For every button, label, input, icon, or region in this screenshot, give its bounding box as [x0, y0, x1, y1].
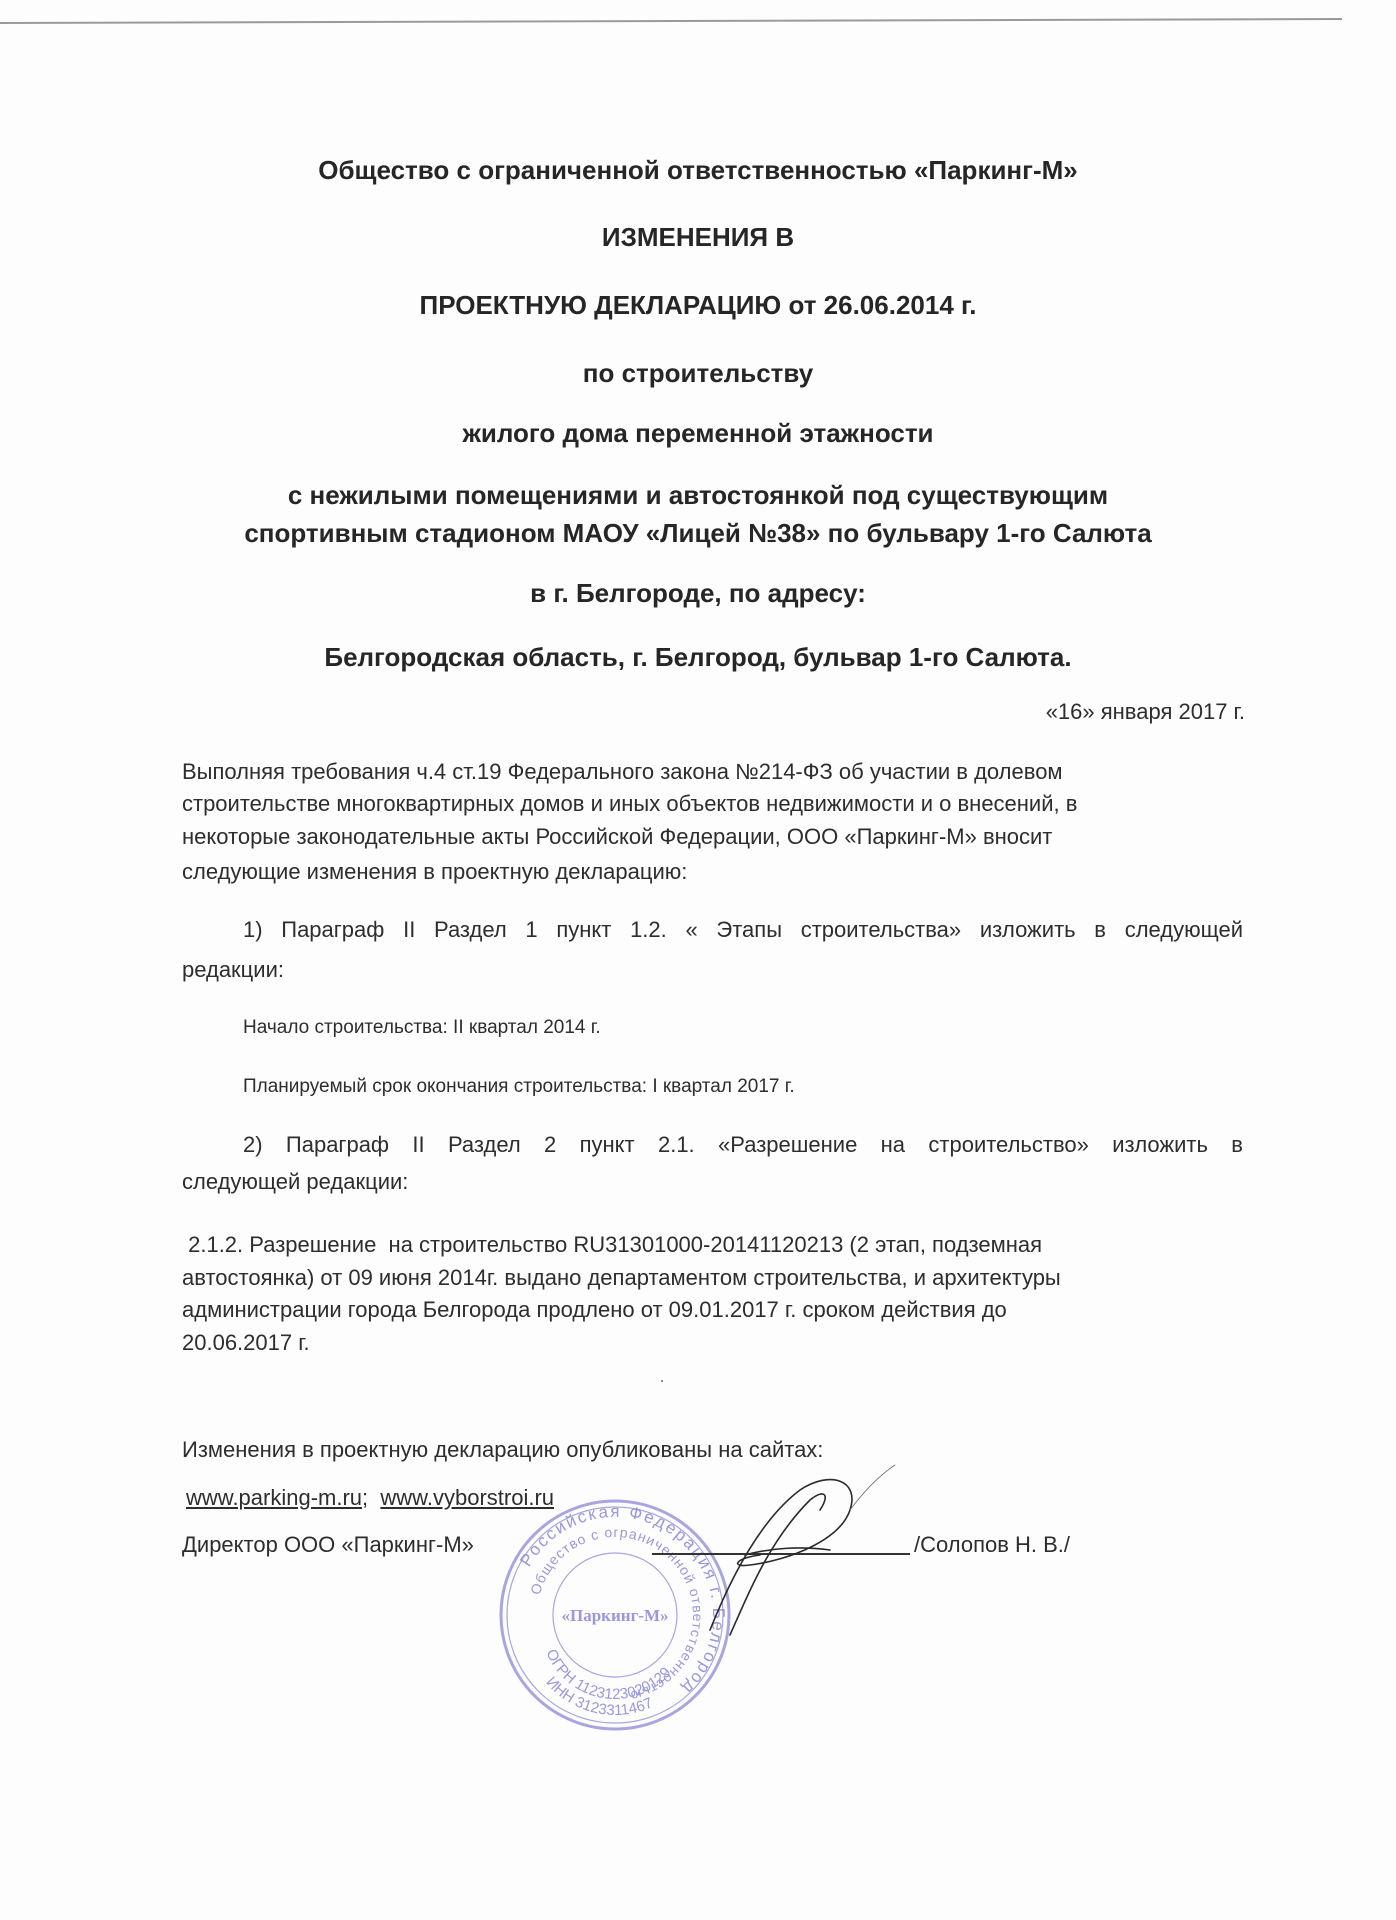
item-2-heading: 2) Параграф II Раздел 2 пункт 2.1. «Разр… — [243, 1134, 1243, 1156]
object-address: Белгородская область, г. Белгород, бульв… — [0, 644, 1396, 670]
construction-end: Планируемый срок окончания строительства… — [243, 1077, 795, 1096]
intro-line-1: Выполняя требования ч.4 ст.19 Федерально… — [182, 761, 1063, 783]
permit-line-1: 2.1.2. Разрешение на строительство RU313… — [182, 1234, 1042, 1256]
doc-title-line-1: ИЗМЕНЕНИЯ В — [0, 224, 1396, 250]
scan-speck — [661, 1380, 663, 1382]
site-separator: ; — [362, 1485, 368, 1510]
svg-text:«Паркинг-М»: «Паркинг-М» — [562, 1606, 669, 1625]
permit-line-3: администрации города Белгорода продлено … — [182, 1299, 1007, 1321]
doc-title-line-3: по строительству — [0, 360, 1396, 386]
doc-title-line-5: с нежилыми помещениями и автостоянкой по… — [0, 482, 1396, 508]
publication-note: Изменения в проектную декларацию опублик… — [182, 1439, 823, 1461]
handwritten-signature — [690, 1460, 910, 1640]
item-2-heading-cont: следующей редакции: — [182, 1171, 408, 1193]
doc-title-line-7: в г. Белгороде, по адресу: — [0, 580, 1396, 606]
permit-line-2: автостоянка) от 09 июня 2014г. выдано де… — [182, 1267, 1061, 1289]
item-1-heading-cont: редакции: — [182, 959, 284, 981]
doc-title-line-6: спортивным стадионом МАОУ «Лицей №38» по… — [0, 520, 1396, 546]
top-scan-rule — [0, 18, 1342, 24]
document-date: «16» января 2017 г. — [1046, 701, 1245, 723]
permit-line-4: 20.06.2017 г. — [182, 1332, 310, 1354]
doc-title-line-4: жилого дома переменной этажности — [0, 420, 1396, 446]
intro-line-2: строительстве многоквартирных домов и ин… — [182, 793, 1077, 815]
site-link-parking-m[interactable]: www.parking-m.ru — [186, 1485, 362, 1510]
company-name: Общество с ограниченной ответственностью… — [0, 157, 1396, 183]
doc-title-line-2: ПРОЕКТНУЮ ДЕКЛАРАЦИЮ от 26.06.2014 г. — [0, 292, 1396, 318]
signatory-name: /Солопов Н. В./ — [914, 1534, 1070, 1556]
signatory-position: Директор ООО «Паркинг-М» — [182, 1534, 474, 1556]
construction-start: Начало строительства: II квартал 2014 г. — [243, 1018, 601, 1037]
item-1-heading: 1) Параграф II Раздел 1 пункт 1.2. « Эта… — [243, 919, 1243, 941]
intro-line-3: некоторые законодательные акты Российско… — [182, 826, 1052, 848]
intro-line-4: следующие изменения в проектную декларац… — [182, 861, 687, 883]
